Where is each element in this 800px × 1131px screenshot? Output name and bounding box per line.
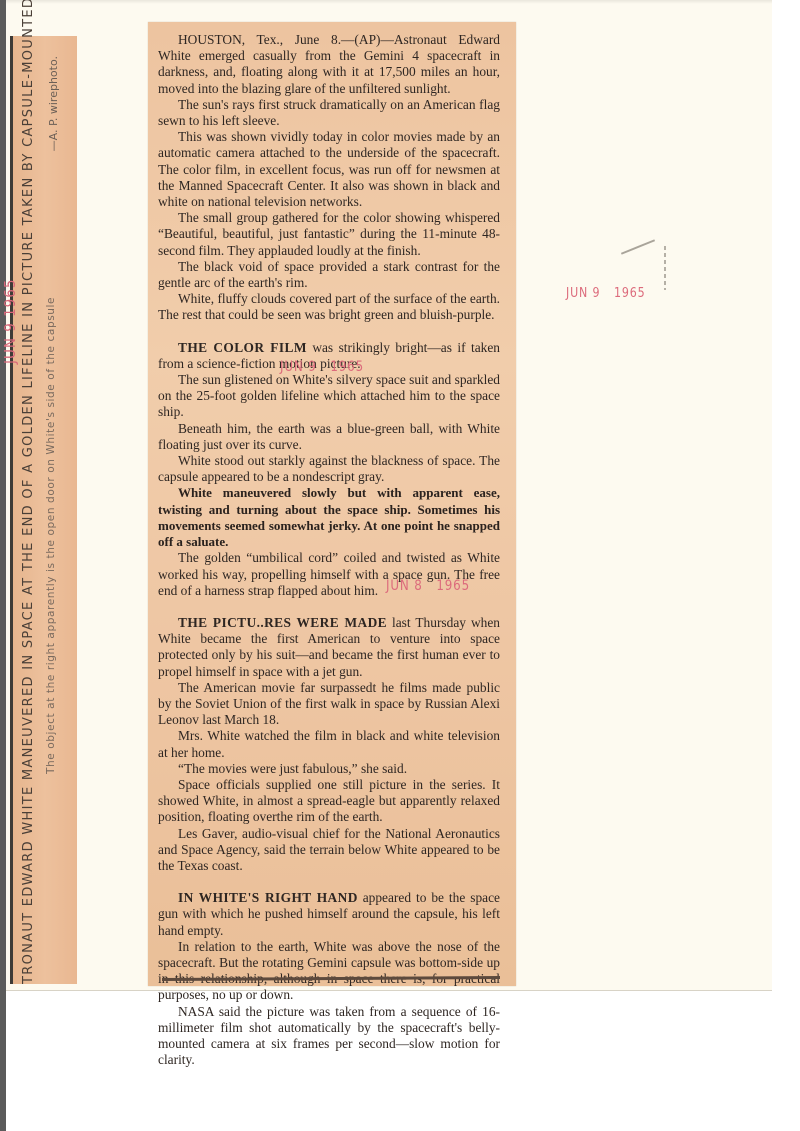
- date-stamp: JUN 81965: [386, 578, 470, 594]
- caption-credit: —A. P. wirephoto.: [47, 56, 60, 151]
- news-clipping: HOUSTON, Tex., June 8.—(AP)—Astronaut Ed…: [148, 22, 516, 986]
- article-section-right-hand: IN WHITE'S RIGHT HAND appeared to be the…: [158, 890, 500, 939]
- sheet-date-stamp: JUN 91965: [566, 286, 646, 301]
- pencil-mark: [664, 246, 666, 290]
- article-paragraph-bold: White maneuvered slowly but with apparen…: [158, 485, 500, 550]
- article-paragraph: White stood out starkly against the blac…: [158, 453, 500, 485]
- article-paragraph: The small group gathered for the color s…: [158, 210, 500, 259]
- article-paragraph: The black void of space provided a stark…: [158, 259, 500, 291]
- article-paragraph: The American movie far surpassedt he fil…: [158, 680, 500, 729]
- section-lead: THE COLOR FILM: [178, 340, 307, 355]
- section-lead: THE PICTU..RES WERE MADE: [178, 615, 387, 630]
- section-lead: IN WHITE'S RIGHT HAND: [178, 890, 358, 905]
- article-paragraph: HOUSTON, Tex., June 8.—(AP)—Astronaut Ed…: [158, 32, 500, 97]
- article-paragraph: White, fluffy clouds covered part of the…: [158, 291, 500, 323]
- sheet-top-shadow: [6, 0, 772, 4]
- article-paragraph: “The movies were just fabulous,” she sai…: [158, 761, 500, 777]
- caption-date-stamp: JUN 9 1965: [1, 279, 19, 364]
- article-paragraph: Mrs. White watched the film in black and…: [158, 728, 500, 760]
- photo-caption-strip: JUN 9 1965 TRONAUT EDWARD WHITE MANEUVER…: [10, 36, 77, 984]
- article-section-pictures: THE PICTU..RES WERE MADE last Thursday w…: [158, 615, 500, 680]
- article-body: HOUSTON, Tex., June 8.—(AP)—Astronaut Ed…: [158, 32, 500, 1068]
- article-paragraph: The sun's rays first struck dramatically…: [158, 97, 500, 129]
- date-stamp: JUN 91965: [280, 359, 364, 375]
- article-paragraph: This was shown vividly today in color mo…: [158, 129, 500, 210]
- article-paragraph: Beneath him, the earth was a blue-green …: [158, 421, 500, 453]
- caption-rotated-container: JUN 9 1965 TRONAUT EDWARD WHITE MANEUVER…: [15, 36, 75, 984]
- article-paragraph: NASA said the picture was taken from a s…: [158, 1004, 500, 1069]
- article-paragraph: In relation to the earth, White was abov…: [158, 939, 500, 1004]
- article-paragraph: Les Gaver, audio-visual chief for the Na…: [158, 826, 500, 875]
- caption-headline: TRONAUT EDWARD WHITE MANEUVERED IN SPACE…: [21, 0, 36, 984]
- caption-subcaption: The object at the right apparently is th…: [45, 297, 57, 774]
- article-paragraph: Space officials supplied one still pictu…: [158, 777, 500, 826]
- article-paragraph: The sun glistened on White's silvery spa…: [158, 372, 500, 421]
